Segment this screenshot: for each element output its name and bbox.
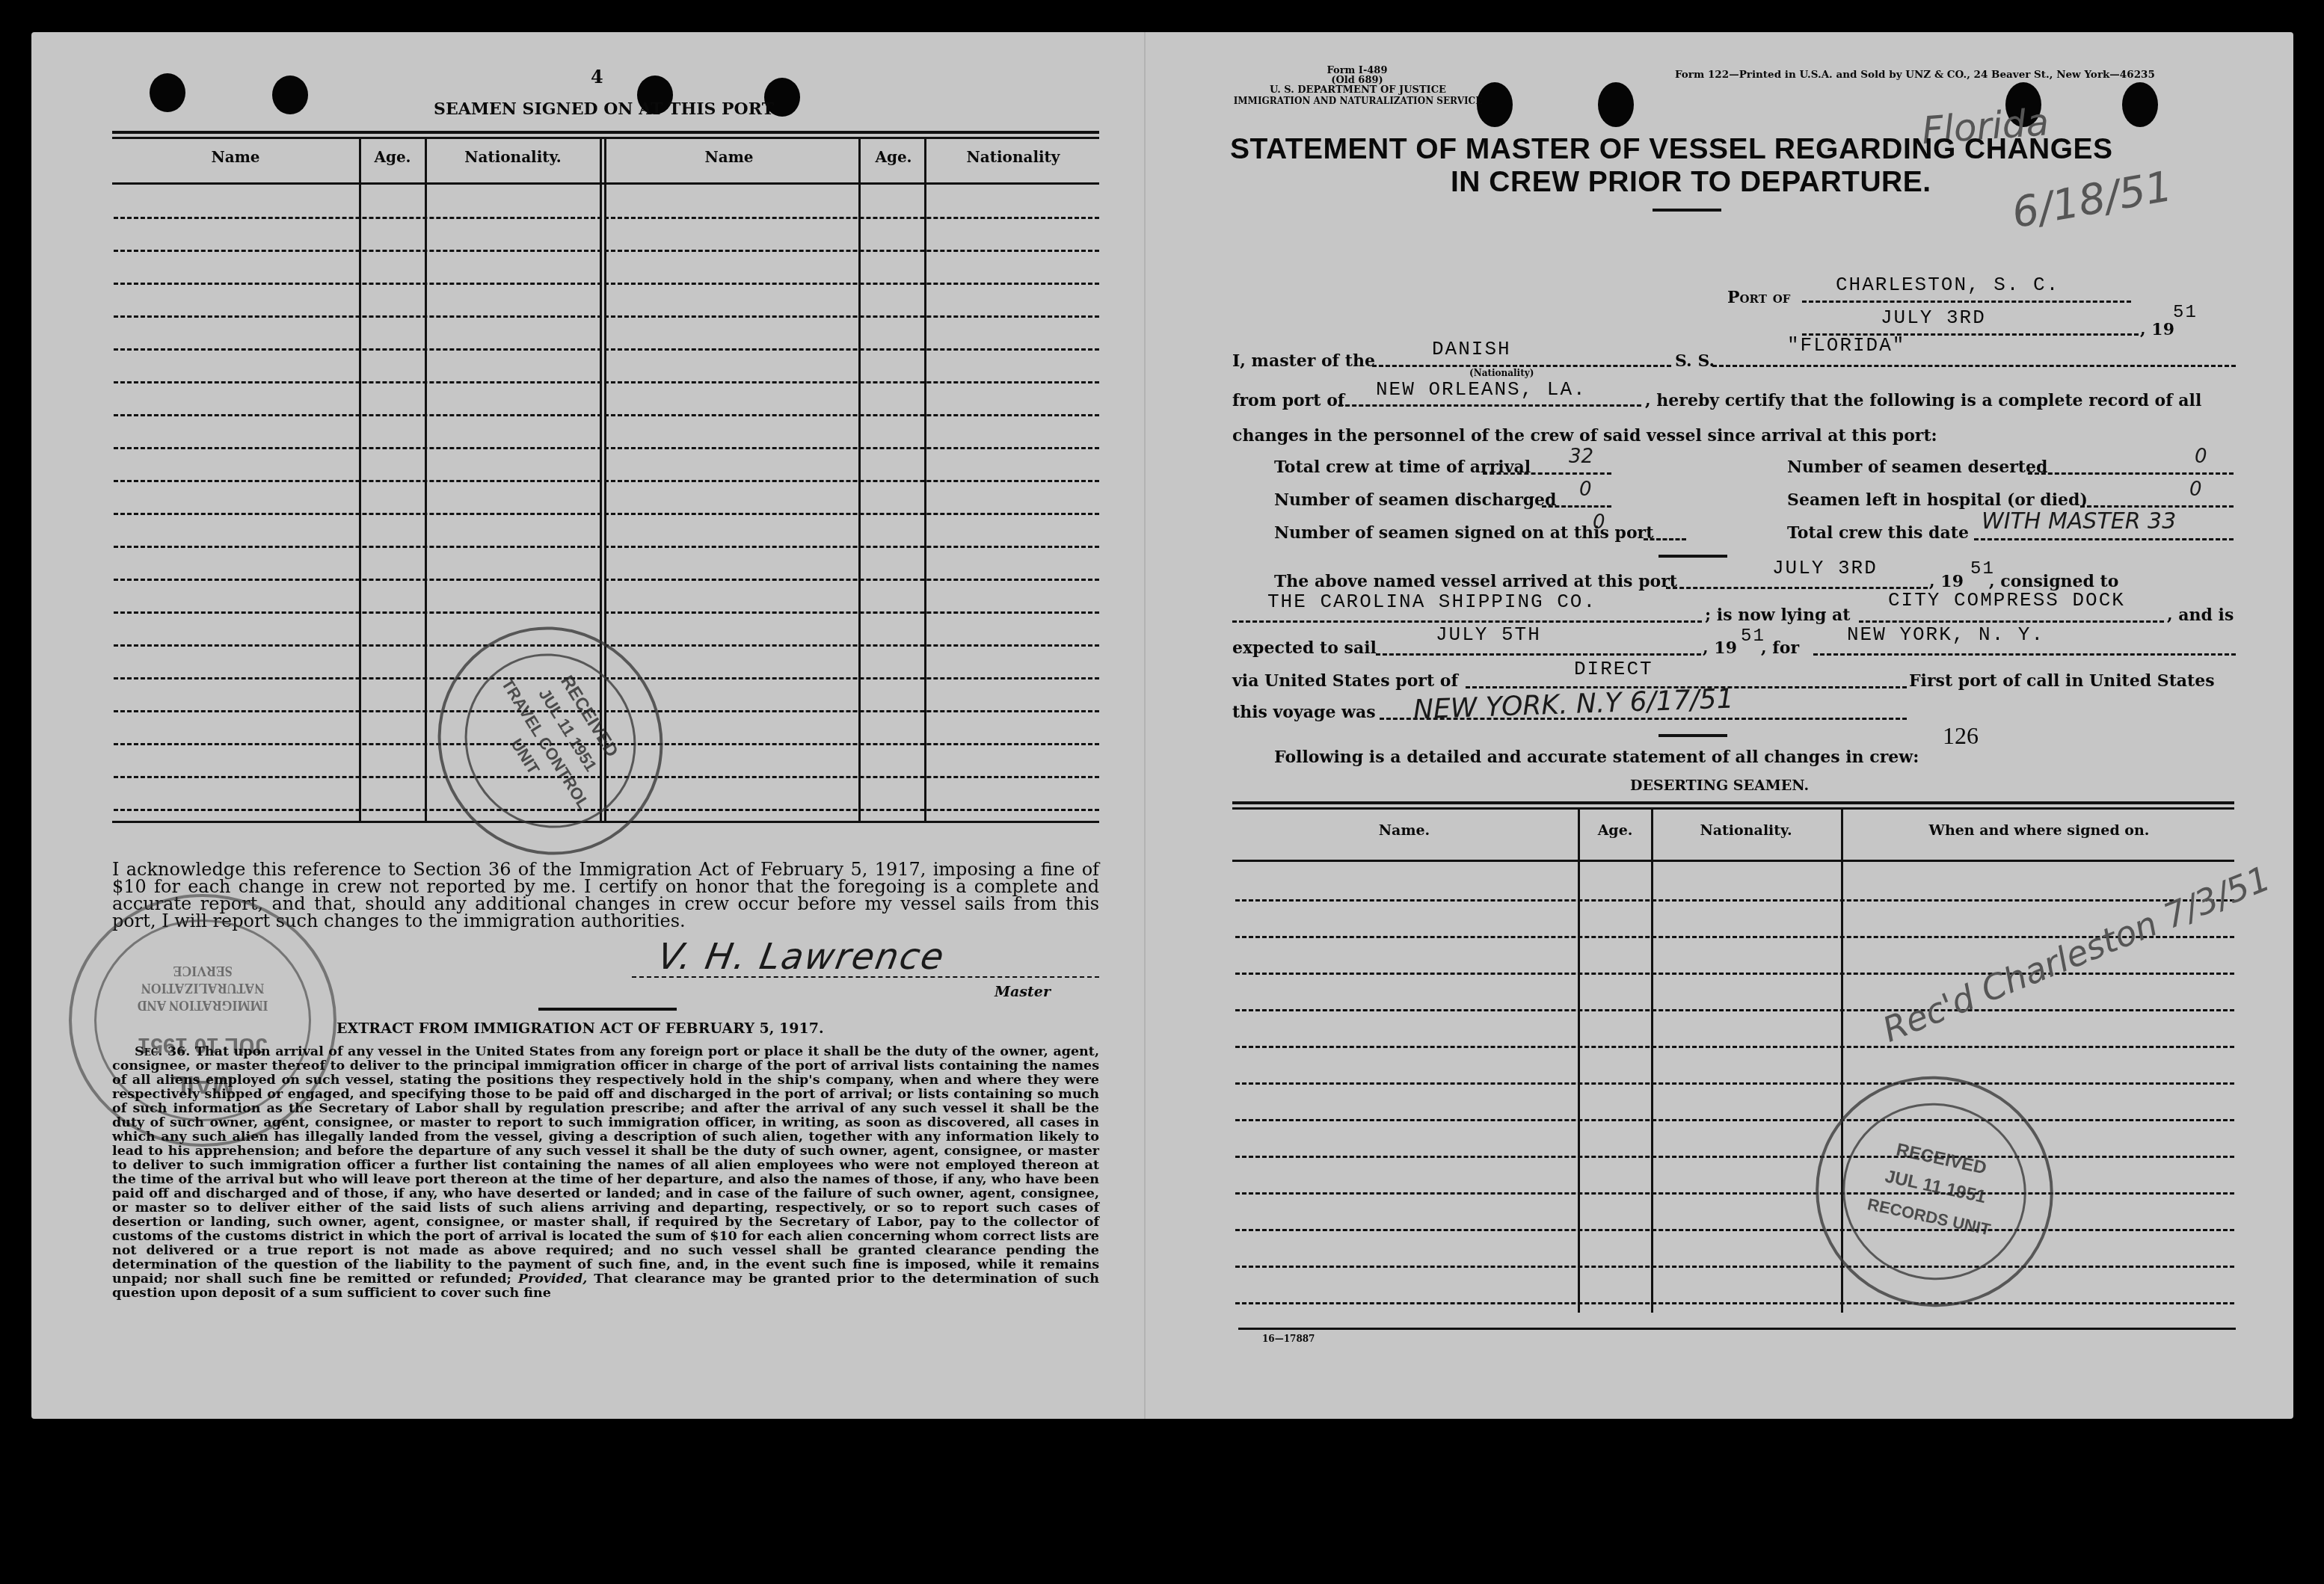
col-header-name: Name. bbox=[1232, 822, 1576, 839]
discharged-field[interactable]: 0 bbox=[1579, 478, 1592, 501]
table-row bbox=[114, 546, 1099, 548]
table-row bbox=[114, 513, 1099, 515]
port-field[interactable]: CHARLESTON, S. C. bbox=[1836, 274, 2059, 296]
deserting-seamen-title: DESERTING SEAMEN. bbox=[1630, 777, 1809, 794]
destination-field[interactable]: NEW YORK, N. Y. bbox=[1847, 623, 2044, 646]
col-header-nationality: Nationality. bbox=[1653, 822, 1839, 839]
punch-hole bbox=[2122, 82, 2158, 127]
hospital-field[interactable]: 0 bbox=[2189, 478, 2202, 501]
arrived-date-field[interactable]: JULY 3RD bbox=[1772, 557, 1878, 579]
table-row bbox=[1235, 1302, 2234, 1304]
form-number-block: Form I-489 (Old 689) bbox=[1309, 66, 1406, 85]
from-port-field[interactable]: NEW ORLEANS, LA. bbox=[1376, 378, 1587, 401]
printer-note: Form 122—Printed in U.S.A. and Sold by U… bbox=[1675, 69, 2155, 81]
table-row bbox=[1235, 1266, 2234, 1268]
table-row bbox=[1235, 1156, 2234, 1158]
table-row bbox=[1235, 1192, 2234, 1195]
table-row bbox=[114, 414, 1099, 416]
page-number: 4 bbox=[591, 66, 603, 87]
table-row bbox=[1235, 899, 2234, 902]
table-row bbox=[114, 315, 1099, 318]
form-title-line1: STATEMENT OF MASTER OF VESSEL REGARDING … bbox=[1230, 133, 2113, 166]
table-row bbox=[114, 250, 1099, 252]
table-row bbox=[114, 283, 1099, 285]
punch-hole bbox=[150, 73, 185, 112]
col-header-signed-on: When and where signed on. bbox=[1842, 822, 2236, 839]
col-header-name-2: Name bbox=[606, 148, 852, 166]
col-header-age: Age. bbox=[1579, 822, 1651, 839]
total-crew-date-field[interactable]: WITH MASTER 33 bbox=[1982, 508, 2176, 534]
department-block: U. S. DEPARTMENT OF JUSTICE IMMIGRATION … bbox=[1231, 85, 1485, 106]
col-header-age: Age. bbox=[360, 148, 425, 166]
extract-title: EXTRACT FROM IMMIGRATION ACT OF FEBRUARY… bbox=[336, 1020, 824, 1037]
ship-name-field[interactable]: "FLORIDA" bbox=[1787, 334, 1905, 357]
table-row bbox=[1235, 973, 2234, 975]
nationality-caption: (Nationality) bbox=[1469, 368, 1534, 378]
table-row bbox=[114, 447, 1099, 449]
via-port-field[interactable]: DIRECT bbox=[1574, 658, 1653, 680]
table-row bbox=[1235, 1009, 2234, 1011]
table-row bbox=[1235, 1082, 2234, 1085]
extract-text: Sec. 36. That upon arrival of any vessel… bbox=[112, 1045, 1099, 1301]
nationality-field[interactable]: DANISH bbox=[1432, 338, 1511, 360]
consignee-field[interactable]: THE CAROLINA SHIPPING CO. bbox=[1267, 591, 1596, 613]
col-header-name: Name bbox=[112, 148, 359, 166]
signature-role: Master bbox=[995, 984, 1051, 1000]
col-header-nationality-2: Nationality bbox=[927, 148, 1099, 166]
lying-at-field[interactable]: CITY COMPRESS DOCK bbox=[1888, 589, 2125, 611]
table-row bbox=[1235, 1119, 2234, 1121]
date-field[interactable]: JULY 3RD bbox=[1881, 306, 1986, 329]
col-header-nationality: Nationality. bbox=[426, 148, 600, 166]
table-row bbox=[114, 217, 1099, 219]
table-row bbox=[114, 579, 1099, 581]
table-row bbox=[1235, 1046, 2234, 1048]
signed-on-field[interactable]: 0 bbox=[1593, 511, 1605, 534]
total-crew-arrival-field[interactable]: 32 bbox=[1569, 446, 1593, 468]
table-row bbox=[114, 480, 1099, 482]
punch-hole bbox=[272, 75, 308, 114]
stamped-number: 126 bbox=[1943, 722, 1979, 750]
punch-hole bbox=[1598, 82, 1634, 127]
footer-code: 16—17887 bbox=[1262, 1334, 1315, 1344]
table-row bbox=[114, 348, 1099, 351]
page-fold bbox=[1144, 32, 1146, 1419]
sail-date-field[interactable]: JULY 5TH bbox=[1436, 623, 1541, 646]
table-row bbox=[114, 381, 1099, 383]
deserted-field[interactable]: 0 bbox=[2195, 446, 2207, 468]
section-title: SEAMEN SIGNED ON AT THIS PORT bbox=[434, 99, 774, 119]
year-field[interactable]: 51 bbox=[2173, 303, 2198, 323]
col-header-age-2: Age. bbox=[861, 148, 926, 166]
form-title-line2: IN CREW PRIOR TO DEPARTURE. bbox=[1451, 166, 1931, 199]
table-row bbox=[114, 611, 1099, 614]
master-signature: V. H. Lawrence bbox=[654, 936, 948, 978]
table-row bbox=[1235, 1229, 2234, 1231]
